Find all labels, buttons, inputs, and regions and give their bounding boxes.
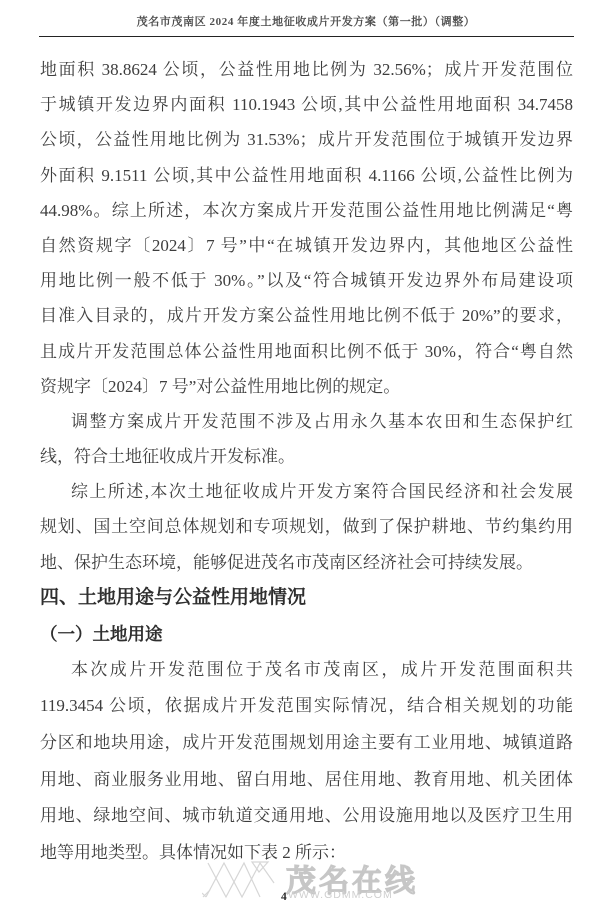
- text-line: 用地比例一般不低于 30%。”以及“符合城镇开发边界外布局建设项: [40, 263, 573, 298]
- text-line: 自然资规字〔2024〕7 号”中“在城镇开发边界内，其他地区公益性: [40, 228, 573, 263]
- page-number: 4: [281, 891, 287, 903]
- paragraph-3: 综上所述,本次土地征收成片开发方案符合国民经济和社会发展 规划、国土空间总体规划…: [40, 474, 573, 580]
- text-line: 用地、商业服务业用地、留白用地、居住用地、教育用地、机关团体: [40, 762, 573, 799]
- paragraph-2: 调整方案成片开发范围不涉及占用永久基本农田和生态保护红 线，符合土地征收成片开发…: [40, 404, 573, 474]
- header-rule: [39, 36, 574, 37]
- paragraph-4: 本次成片开发范围位于茂名市茂南区，成片开发范围面积共 119.3454 公顷，依…: [40, 652, 573, 872]
- text-line: 公顷，公益性用地比例为 31.53%；成片开发范围位于城镇开发边界: [40, 122, 573, 157]
- paragraph-1: 地面积 38.8624 公顷，公益性用地比例为 32.56%；成片开发范围位 于…: [40, 52, 573, 404]
- text-line: 本次成片开发范围位于茂名市茂南区，成片开发范围面积共: [40, 652, 573, 689]
- text-line: 外面积 9.1511 公顷,其中公益性用地面积 4.1166 公顷,公益性比例为: [40, 158, 573, 193]
- page-header-title: 茂名市茂南区 2024 年度土地征收成片开发方案（第一批）（调整）: [0, 13, 612, 29]
- text-line: 综上所述,本次土地征收成片开发方案符合国民经济和社会发展: [40, 474, 573, 509]
- text-line: 44.98%。综上所述，本次方案成片开发范围公益性用地比例满足“粤: [40, 193, 573, 228]
- text-line: 地面积 38.8624 公顷，公益性用地比例为 32.56%；成片开发范围位: [40, 52, 573, 87]
- watermark-logo-icon: [202, 857, 282, 901]
- text-line: 地、保护生态环境，能够促进茂名市茂南区经济社会可持续发展。: [40, 545, 573, 580]
- text-line: 资规字〔2024〕7 号”对公益性用地比例的规定。: [40, 369, 573, 404]
- text-line: 目准入目录的，成片开发方案公益性用地比例不低于 20%”的要求，: [40, 298, 573, 333]
- text-line: 调整方案成片开发范围不涉及占用永久基本农田和生态保护红: [40, 404, 573, 439]
- watermark-site-url: WWW.GDMM.COM: [288, 889, 393, 901]
- text-line: 用地、绿地空间、城市轨道交通用地、公用设施用地以及医疗卫生用: [40, 798, 573, 835]
- section-heading: 四、土地用途与公益性用地情况: [40, 580, 573, 616]
- text-line: 分区和地块用途，成片开发范围规划用途主要有工业用地、城镇道路: [40, 725, 573, 762]
- sub-heading: （一）土地用途: [40, 616, 573, 652]
- document-body: 地面积 38.8624 公顷，公益性用地比例为 32.56%；成片开发范围位 于…: [40, 52, 573, 871]
- text-line: 线，符合土地征收成片开发标准。: [40, 439, 573, 474]
- text-line: 于城镇开发边界内面积 110.1943 公顷,其中公益性用地面积 34.7458: [40, 87, 573, 122]
- text-line: 规划、国土空间总体规划和专项规划，做到了保护耕地、节约集约用: [40, 509, 573, 544]
- document-page: 茂名市茂南区 2024 年度土地征收成片开发方案（第一批）（调整） 地面积 38…: [0, 0, 612, 910]
- text-line: 且成片开发范围总体公益性用地面积比例不低于 30%，符合“粤自然: [40, 334, 573, 369]
- text-line: 119.3454 公顷，依据成片开发范围实际情况，结合相关规划的功能: [40, 688, 573, 725]
